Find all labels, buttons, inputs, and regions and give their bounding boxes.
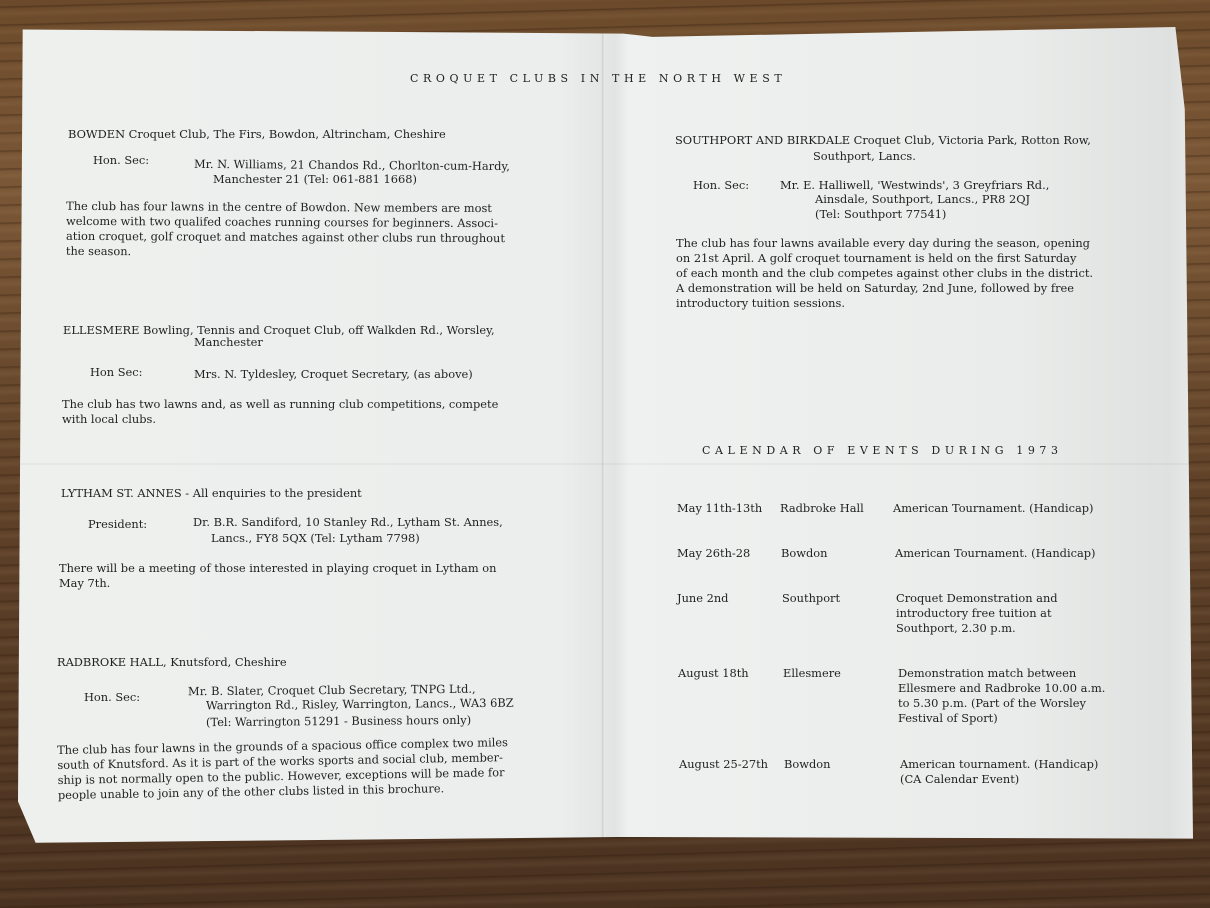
club-description-lytham: There will be a meeting of those interes… bbox=[59, 561, 496, 591]
description-line: on 21st April. A golf croquet tournament… bbox=[676, 251, 1093, 266]
event-line: American Tournament. (Handicap) bbox=[893, 501, 1094, 516]
club-description-bowden: The club has four lawns in the centre of… bbox=[66, 199, 505, 261]
page-title: CROQUET CLUBS IN THE NORTH WEST bbox=[410, 71, 786, 86]
event-line: to 5.30 p.m. (Part of the Worsley bbox=[898, 696, 1105, 711]
club-contact-bowden-2: Manchester 21 (Tel: 061-881 1668) bbox=[213, 172, 417, 187]
club-contact-label-radbroke: Hon. Sec: bbox=[84, 690, 140, 705]
calendar-event-venue: Bowdon bbox=[784, 757, 830, 772]
club-heading-southport-1: SOUTHPORT AND BIRKDALE Croquet Club, Vic… bbox=[675, 133, 1091, 148]
club-heading-bowden: BOWDEN Croquet Club, The Firs, Bowdon, A… bbox=[68, 127, 446, 142]
club-contact-label-lytham: President: bbox=[88, 517, 147, 532]
event-line: American tournament. (Handicap) bbox=[900, 757, 1098, 772]
club-heading-ellesmere-1: ELLESMERE Bowling, Tennis and Croquet Cl… bbox=[63, 323, 495, 338]
club-contact-lytham-2: Lancs., FY8 5QX (Tel: Lytham 7798) bbox=[211, 531, 420, 546]
club-description-southport: The club has four lawns available every … bbox=[676, 236, 1093, 311]
event-line: Ellesmere and Radbroke 10.00 a.m. bbox=[898, 681, 1105, 696]
description-line: of each month and the club competes agai… bbox=[676, 266, 1093, 281]
brochure-paper bbox=[18, 27, 1193, 851]
club-contact-southport-1: Mr. E. Halliwell, 'Westwinds', 3 Greyfri… bbox=[780, 178, 1049, 193]
calendar-event-date: May 11th-13th bbox=[677, 501, 762, 516]
calendar-event-description: American tournament. (Handicap)(CA Calen… bbox=[900, 757, 1098, 787]
club-contact-radbroke-3: (Tel: Warrington 51291 - Business hours … bbox=[206, 713, 471, 730]
description-line: A demonstration will be held on Saturday… bbox=[676, 281, 1093, 296]
horizontal-crease bbox=[18, 463, 1193, 465]
calendar-event-description: Croquet Demonstration andintroductory fr… bbox=[896, 591, 1058, 636]
club-contact-radbroke-2: Warrington Rd., Risley, Warrington, Lanc… bbox=[206, 696, 514, 714]
event-line: Demonstration match between bbox=[898, 666, 1105, 681]
club-contact-label-southport: Hon. Sec: bbox=[693, 178, 749, 193]
description-line: May 7th. bbox=[59, 576, 496, 591]
calendar-event-date: August 18th bbox=[678, 666, 749, 681]
event-line: (CA Calendar Event) bbox=[900, 772, 1098, 787]
calendar-event-venue: Radbroke Hall bbox=[780, 501, 864, 516]
calendar-event-venue: Ellesmere bbox=[783, 666, 841, 681]
calendar-event-description: Demonstration match betweenEllesmere and… bbox=[898, 666, 1105, 726]
calendar-event-date: August 25-27th bbox=[679, 757, 768, 772]
club-contact-lytham-1: Dr. B.R. Sandiford, 10 Stanley Rd., Lyth… bbox=[193, 515, 503, 530]
calendar-event-venue: Bowdon bbox=[781, 546, 827, 561]
club-heading-ellesmere-2: Manchester bbox=[194, 335, 263, 350]
club-contact-label-ellesmere: Hon Sec: bbox=[90, 365, 143, 380]
event-line: introductory free tuition at bbox=[896, 606, 1058, 621]
description-line: The club has four lawns available every … bbox=[676, 236, 1093, 251]
description-line: the season. bbox=[66, 244, 505, 261]
calendar-event-description: American Tournament. (Handicap) bbox=[893, 501, 1094, 516]
club-description-ellesmere: The club has two lawns and, as well as r… bbox=[62, 397, 498, 427]
calendar-event-venue: Southport bbox=[782, 591, 840, 606]
club-heading-southport-2: Southport, Lancs. bbox=[813, 149, 916, 164]
calendar-title: CALENDAR OF EVENTS DURING 1973 bbox=[702, 443, 1063, 458]
club-heading-lytham: LYTHAM ST. ANNES - All enquiries to the … bbox=[61, 486, 362, 501]
calendar-event-date: May 26th-28 bbox=[677, 546, 750, 561]
calendar-event-date: June 2nd bbox=[677, 591, 728, 606]
description-line: The club has two lawns and, as well as r… bbox=[62, 397, 498, 412]
club-contact-label-bowden: Hon. Sec: bbox=[93, 153, 149, 168]
club-contact-southport-3: (Tel: Southport 77541) bbox=[815, 207, 946, 222]
event-line: American Tournament. (Handicap) bbox=[895, 546, 1096, 561]
description-line: ation croquet, golf croquet and matches … bbox=[66, 229, 505, 246]
description-line: There will be a meeting of those interes… bbox=[59, 561, 496, 576]
club-description-radbroke: The club has four lawns in the grounds o… bbox=[57, 735, 509, 803]
club-heading-radbroke: RADBROKE HALL, Knutsford, Cheshire bbox=[57, 655, 287, 670]
center-fold bbox=[601, 27, 605, 851]
event-line: Festival of Sport) bbox=[898, 711, 1105, 726]
description-line: with local clubs. bbox=[62, 412, 498, 427]
description-line: introductory tuition sessions. bbox=[676, 296, 1093, 311]
club-contact-ellesmere-1: Mrs. N. Tyldesley, Croquet Secretary, (a… bbox=[194, 367, 473, 382]
event-line: Croquet Demonstration and bbox=[896, 591, 1058, 606]
club-contact-southport-2: Ainsdale, Southport, Lancs., PR8 2QJ bbox=[815, 192, 1030, 207]
event-line: Southport, 2.30 p.m. bbox=[896, 621, 1058, 636]
calendar-event-description: American Tournament. (Handicap) bbox=[895, 546, 1096, 561]
